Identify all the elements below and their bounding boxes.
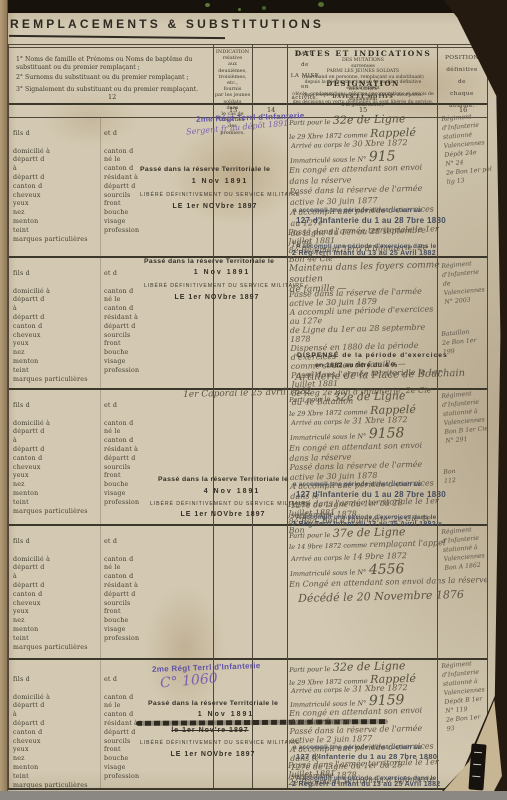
col13-rule [252, 44, 253, 788]
arrive-date: 30 Xbre 1872 [352, 138, 407, 148]
instruction-1: 1° Noms de famille et Prénoms ou Noms de… [16, 56, 204, 72]
liberation-stamp-date: LE 1er NOVbre 1897 [148, 751, 278, 758]
dispense-stamp-line1: DISPENSÉ de la période d'exercices [297, 352, 457, 359]
reserve-stamp-date: 1 Nov 1891 [166, 711, 286, 718]
label-divider-rule [100, 117, 101, 788]
reserve-stamp-date: 1 Nov 1891 [160, 178, 280, 185]
printed-parti: Parti pour le [289, 118, 330, 127]
position-entry: Régiment d'Infanterie de Valenciennes N°… [441, 258, 491, 307]
scanner-bed-strip [0, 791, 507, 800]
instruction-stamp-line1: a accompli une période d'instruction au [293, 744, 443, 751]
position-entry: Régiment d'Infanterie stationné à Valenc… [441, 388, 492, 446]
unit-destination: 37e de Ligne [333, 525, 406, 540]
matricule-number: 9158 [369, 425, 405, 442]
table-top-rule [8, 44, 487, 45]
instruction-2: 2° Surnoms du substituant ou du premier … [16, 74, 204, 82]
exercise-stamp-line2: 2 Rég Terr d Infant du 13 au 25 Avril 18… [292, 781, 452, 788]
book-top-edge [0, 0, 507, 13]
form-labels-left: fils d domicilié à départt d à départt d… [13, 676, 88, 790]
scanned-register-page: REMPLACEMENTS & SUBSTITUTIONS 1° Noms de… [0, 0, 507, 800]
col15-rule [437, 44, 438, 788]
exercise-stamp-line2: 2 Rég Terrl Infant du 13 au 25 Avril 188… [292, 250, 447, 257]
unit-destination: 32e de Ligne [333, 389, 406, 404]
reserve-stamp-date: 1 Nov 1891 [162, 269, 282, 276]
service-notes: Passé dans la réserve de l'armée active … [289, 286, 444, 407]
form-labels-right: et d canton d né le canton d résidant à … [104, 270, 139, 376]
position-entry: Régiment d'Infanterie stationné Valencie… [441, 111, 493, 187]
page-title: REMPLACEMENTS & SUBSTITUTIONS [10, 17, 324, 31]
instruction-stamp-line1: a accompli une période d'instruction au [293, 481, 443, 488]
mold-speck [205, 3, 210, 7]
position-entry-2: Bataillon 2e Bon 1er 199 [441, 326, 489, 357]
mold-speck [238, 8, 241, 11]
exercise-stamp-line1: A accompli une période d'exercices dans … [296, 514, 446, 521]
table-left-rule [8, 44, 9, 788]
printed-arrive: Arrivé au corps le [291, 554, 350, 563]
instruction-stamp-line2: 127 d'Infanterie du 1 au 28 7bre 1880 [296, 216, 446, 225]
form-labels-right: et d canton d né le canton d résidant à … [104, 402, 139, 508]
unit-destination: 32e de Ligne [333, 112, 406, 127]
printed-matricule: Immatriculé sous le N° [290, 568, 366, 578]
col16-header: POSITION définitive de chaque homme. [438, 52, 486, 112]
printed-parti: Parti pour le [289, 531, 330, 540]
form-labels-left: fils d domicilié à départt d à départt d… [13, 538, 88, 652]
row-rule-5 [8, 658, 487, 660]
col14-rule [287, 44, 288, 788]
arrive-date: 31 Xbre 1872 [352, 415, 407, 425]
form-labels-left: fils d domicilié à départt d à départt d… [13, 402, 88, 516]
motif: remplaçant l'appel [370, 538, 446, 549]
archival-sticker [468, 744, 486, 791]
printed-parti: Parti pour le [289, 395, 330, 404]
col15-header-block3: des décisions en vertu desquelles ils so… [290, 100, 436, 106]
liberation-stamp-date: LE 1er NOVbre 1897 [158, 511, 288, 518]
form-labels-right: et d canton d né le canton d résidant à … [104, 130, 139, 236]
col15-header-title: DATES ET INDICATIONS [292, 49, 434, 58]
struck-date-line: le 1er Nov're 1897 [145, 727, 275, 734]
form-labels-left: fils d domicilié à départt d à départt d… [13, 270, 88, 384]
printed-matricule: Immatriculé sous le N° [290, 432, 366, 442]
form-labels-right: et d canton d né le canton d résidant à … [104, 538, 139, 644]
reserve-stamp-date: 4 Nov 1891 [172, 488, 292, 495]
mold-speck [318, 2, 324, 7]
liberation-stamp-date: LE 1er NOVbre 1897 [152, 294, 282, 301]
liberation-stamp-date: LE 1er NOVbre 1897 [150, 203, 280, 210]
arrive-date: 14 9bre 1872 [352, 551, 407, 561]
form-labels-left: fils d domicilié à départt d à départt d… [13, 130, 88, 244]
col-number-12: 12 [108, 93, 116, 101]
exercise-stamp-line1: A accompli une période d'exercices dans … [296, 243, 446, 250]
printed-arrive: Arrivé au corps le [291, 418, 350, 427]
instruction-stamp-line1: a accompli une période d'instruction au [293, 207, 443, 214]
table-top-rule-2 [8, 47, 487, 48]
mold-speck [262, 6, 266, 10]
position-entry: Régiment d'Infanterie stationné à Valenc… [441, 524, 491, 573]
printed-parti: Parti pour le [289, 665, 330, 674]
matricule-number: 4556 [369, 561, 405, 578]
book-spine-edge [0, 0, 8, 800]
form-labels-right: et d canton d né le canton d résidant à … [104, 676, 139, 782]
printed-arrive: Arrivé au corps le [291, 141, 350, 150]
